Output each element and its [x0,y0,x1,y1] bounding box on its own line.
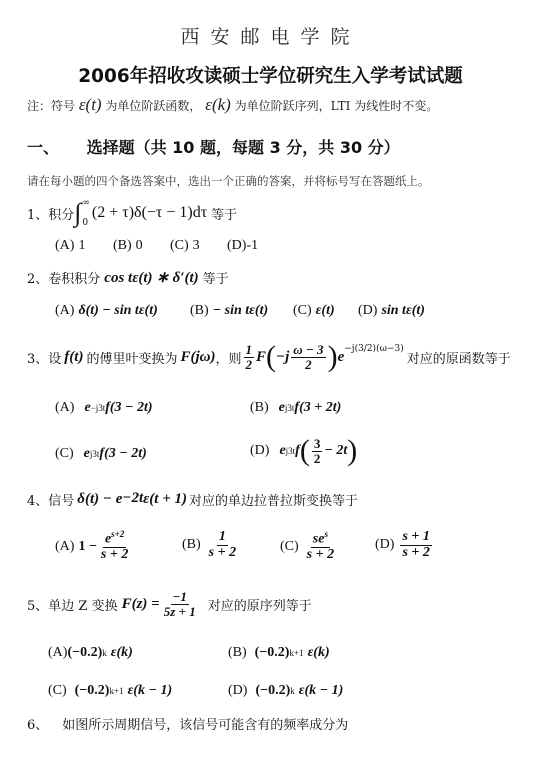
section-title: 选择题（共 10 题，每题 3 分，共 30 分） [87,138,400,157]
option-d: (D)(−0.2)kε(k − 1) [228,683,343,699]
question-lhs: F(z) = [122,596,160,613]
option-b: (B)− sin tε(t) [190,303,293,319]
expression-tail: ε(t + 1) [143,491,187,508]
question-prefix: 设 [48,348,61,367]
option-d: (D)-1 [227,238,258,254]
question-expression: cos tε(t) ∗ δ′(t) [104,268,198,287]
question-prefix: 积分 [48,204,74,223]
question-3: 3、 设 f(t) 的傅里叶变换为 F(jω) ，则 12 F ( −j ω −… [27,342,511,372]
option-b: (B)0 [113,238,170,254]
school-name: 西安邮电学院 [0,22,541,49]
section-instruction: 请在每小题的四个备选答案中，选出一个正确的答案，并将标号写在答题纸上。 [27,173,430,189]
question-expression: (2 + τ)δ(−τ − 1)dτ [92,204,207,222]
f-of-t: f(t) [64,349,83,366]
option-b: (B)ej3tf(3 + 2t) [250,400,341,416]
option-d: (D)sin tε(t) [358,303,425,319]
note-mid: 为单位阶跃函数， [105,99,201,113]
exp-power: −2t [122,490,143,507]
question-fraction: −15z + 1 [162,590,198,618]
F-symbol: F [256,349,266,366]
exp-base: e [338,349,345,366]
exam-title: 2006年招收攻读硕士学位研究生入学考试试题 [0,62,541,88]
option-a: (A)δ(t) − sin tε(t) [55,303,190,319]
question-2: 2、 卷积积分 cos tε(t) ∗ δ′(t) 等于 [27,268,229,287]
question-4: 4、 信号 δ(t) − e −2t ε(t + 1) 对应的单边拉普拉斯变换等… [27,490,358,509]
note-suffix: 为单位阶跃序列，LTI 为线性时不变。 [235,99,439,113]
question-2-options: (A)δ(t) − sin tε(t) (B)− sin tε(t) (C)ε(… [55,303,425,319]
option-c: (C)ε(t) [293,303,358,319]
question-number: 6、 [27,714,48,733]
option-d: (D)ej3tf ( 32 − 2t ) [250,436,357,466]
question-prefix: 单边 Z 变换 [48,595,117,614]
F-of-jw: F(jω) [180,349,215,366]
question-expression: δ(t) − e [77,491,122,508]
question-5: 5、 单边 Z 变换 F(z) = −15z + 1 对应的原序列等于 [27,590,312,618]
option-a: (A)1 − es+2s + 2 [55,530,132,563]
option-c: (C)(−0.2)k+1ε(k − 1) [48,683,172,699]
inner-fraction: ω − 32 [291,343,325,371]
question-suffix: 对应的原函数等于 [407,348,511,367]
option-a: (A)1 [55,238,113,254]
question-1-options: (A)1 (B)0 (C)3 (D)-1 [55,238,258,254]
question-suffix: 对应的原序列等于 [208,595,312,614]
integral-sign-icon: ∫ [74,200,81,226]
option-a: (A)(−0.2)kε(k) [48,645,133,661]
question-suffix: 等于 [211,204,237,223]
question-text: 如图所示周期信号，该信号可能含有的频率成分为 [62,714,348,733]
question-suffix: 等于 [203,268,229,287]
inner-prefix: −j [276,349,289,366]
question-number: 3、 [27,348,48,367]
question-number: 4、 [27,490,48,509]
option-c: (C)3 [170,238,227,254]
question-mid: 的傅里叶变换为 [86,348,177,367]
question-1: 1、 积分 ∫ ∞ 0 (2 + τ)δ(−τ − 1)dτ 等于 [27,198,237,228]
question-6: 6、 如图所示周期信号，该信号可能含有的频率成分为 [27,714,348,733]
section-heading: 一、 选择题（共 10 题，每题 3 分，共 30 分） [27,135,400,158]
option-b: (B) 1s + 2 [182,530,240,560]
integral-upper: ∞ [82,198,90,208]
integral-limits: ∞ 0 [82,198,90,228]
option-d: (D) s + 1s + 2 [375,530,434,560]
note-step-function: ε(t) [79,95,102,114]
question-suffix: 对应的单边拉普拉斯变换等于 [189,490,358,509]
question-number: 2、 [27,268,48,287]
question-then: ，则 [215,348,241,367]
note-prefix: 注：符号 [27,99,75,113]
option-b: (B)(−0.2)k+1ε(k) [228,645,330,661]
half-fraction: 12 [244,343,255,371]
question-number: 5、 [27,595,48,614]
question-number: 1、 [27,204,48,223]
question-prefix: 卷积积分 [48,268,100,287]
note-step-sequence: ε(k) [205,95,231,114]
option-c: (C) sess + 2 [280,530,338,563]
section-number: 一、 [27,138,59,157]
notation-note: 注：符号 ε(t) 为单位阶跃函数， ε(k) 为单位阶跃序列，LTI 为线性时… [27,95,438,115]
question-prefix: 信号 [48,490,74,509]
integral-lower: 0 [82,218,90,228]
option-a: (A)e−j3tf(3 − 2t) [55,400,153,416]
option-c: (C)ej3tf(3 − 2t) [55,446,147,462]
exp-power: −j(3/2)(ω−3) [344,344,403,354]
